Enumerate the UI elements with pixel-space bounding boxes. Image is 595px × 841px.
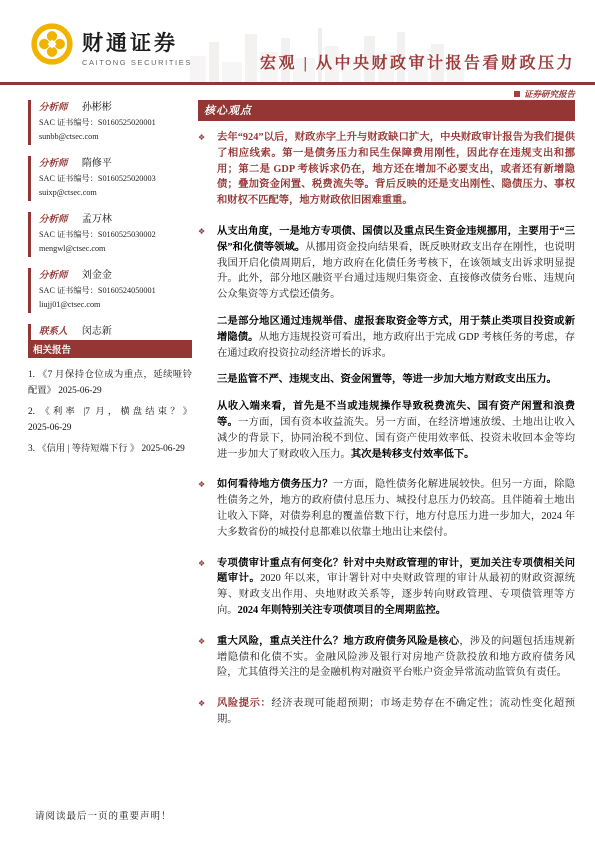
bullet-paragraph: 风险提示：经济表现可能超预期；市场走势存在不确定性；流动性变化超预期。	[217, 696, 575, 728]
related-report-item[interactable]: 1. 《7 月保持仓位成为重点，延续哑铃配置》 2025-06-29	[28, 367, 192, 399]
analyst-block: 分析师 刘金金 SAC 证书编号：S0160524050001 liujj01@…	[28, 268, 192, 313]
report-title[interactable]: 《信用 | 等待短端下行 》	[37, 444, 139, 454]
main-content: 核心观点 ❖去年“924”以后，财政赤字上升与财政缺口扩大，中央财政审计报告为我…	[198, 100, 575, 743]
text-segment: 风险提示：	[217, 698, 271, 709]
diamond-bullet-icon: ❖	[198, 634, 217, 692]
company-logo: 财通证券 CAITONG SECURITIES	[30, 22, 192, 71]
core-view-bullet: ❖从支出角度，一是地方专项债、国债以及重点民生资金违规挪用，主要用于“三保”和化…	[198, 224, 575, 473]
text-segment: 2024 年则特别关注专项债项目的全周期监控。	[238, 605, 447, 616]
bullet-text: 如何看待地方债务压力？一方面，隐性债务化解进展较快。但另一方面，除隐性债务之外，…	[217, 477, 575, 551]
footer-disclaimer: 请阅读最后一页的重要声明！	[35, 808, 172, 822]
bullet-paragraph: 去年“924”以后，财政赤字上升与财政缺口扩大，中央财政审计报告为我们提供了相应…	[217, 130, 575, 209]
report-page: 财通证券 CAITONG SECURITIES 宏观 | 从中央财政审计报告看财…	[0, 0, 595, 841]
analyst-role-label: 分析师	[39, 159, 68, 169]
analyst-email[interactable]: sunbb@ctsec.com	[39, 131, 192, 143]
report-date: 2025-06-29	[58, 386, 101, 396]
caitong-coin-icon	[30, 22, 74, 71]
text-segment: 其次是转移支付效率低下。	[351, 449, 475, 460]
analyst-cert: SAC 证书编号：S0160525020003	[39, 173, 192, 185]
core-view-bullet: ❖去年“924”以后，财政赤字上升与财政缺口扩大，中央财政审计报告为我们提供了相…	[198, 130, 575, 220]
core-view-bullet: ❖专项债审计重点有何变化？针对中央财政管理的审计，更加关注专项债相关问题审计。2…	[198, 556, 575, 630]
diamond-bullet-icon: ❖	[198, 556, 217, 630]
text-segment: 三是监管不严、违规支出、资金闲置等，等进一步加大地方财政支出压力。	[217, 374, 557, 385]
analyst-name: 隋修平	[82, 158, 112, 169]
analyst-block: 分析师 孟万林 SAC 证书编号：S0160525030002 mengwl@c…	[28, 212, 192, 257]
bullet-text: 去年“924”以后，财政赤字上升与财政缺口扩大，中央财政审计报告为我们提供了相应…	[217, 130, 575, 220]
bullet-paragraph: 二是部分地区通过违规举借、虚报套取资金等方式，用于禁止类项目投资或新增隐债。从地…	[217, 314, 575, 361]
report-tag-label: 证券研究报告	[524, 88, 575, 100]
analyst-block: 分析师 隋修平 SAC 证书编号：S0160525020003 suixp@ct…	[28, 156, 192, 201]
bullet-paragraph: 专项债审计重点有何变化？针对中央财政管理的审计，更加关注专项债相关问题审计。20…	[217, 556, 575, 619]
report-index: 1.	[28, 370, 35, 380]
analyst-cert: SAC 证书编号：S0160525030002	[39, 229, 192, 241]
bullet-paragraph: 从收入端来看，首先是不当或违规操作导致税费流失、国有资产闲置和浪费等。一方面，国…	[217, 399, 575, 462]
diamond-bullet-icon: ❖	[198, 130, 217, 220]
bullet-paragraph: 重大风险，重点关注什么？地方政府债务风险是核心，涉及的问题包括违规新增隐债和化债…	[217, 634, 575, 681]
report-index: 2.	[28, 407, 35, 417]
bullet-paragraph: 从支出角度，一是地方专项债、国债以及重点民生资金违规挪用，主要用于“三保”和化债…	[217, 224, 575, 303]
core-views-list: ❖去年“924”以后，财政赤字上升与财政缺口扩大，中央财政审计报告为我们提供了相…	[198, 130, 575, 739]
text-segment: 如何看待地方债务压力？	[217, 479, 333, 490]
diamond-bullet-icon: ❖	[198, 696, 217, 739]
bullet-text: 专项债审计重点有何变化？针对中央财政管理的审计，更加关注专项债相关问题审计。20…	[217, 556, 575, 630]
analyst-role-label: 分析师	[39, 271, 68, 281]
contact-name: 闵志新	[82, 326, 112, 337]
analyst-email[interactable]: suixp@ctsec.com	[39, 187, 192, 199]
report-title[interactable]: 《7 月保持仓位成为重点，延续哑铃配置》	[28, 370, 192, 396]
text-segment: 从地方违规投资可看出，地方政府出于完成 GDP 考核任务的考虑，存在通过政府投资…	[217, 332, 575, 359]
analyst-role-label: 分析师	[39, 215, 68, 225]
related-reports-header: 相关报告	[28, 340, 192, 358]
logo-en-text: CAITONG SECURITIES	[82, 58, 192, 67]
report-index: 3.	[28, 444, 35, 454]
text-segment: 重大风险，重点关注什么？地方政府债务风险是核心	[217, 636, 459, 647]
related-report-item[interactable]: 3. 《信用 | 等待短端下行 》 2025-06-29	[28, 441, 192, 457]
bullet-paragraph: 如何看待地方债务压力？一方面，隐性债务化解进展较快。但另一方面，除隐性债务之外，…	[217, 477, 575, 540]
sidebar: 分析师 孙彬彬 SAC 证书编号：S0160525020001 sunbb@ct…	[28, 100, 192, 366]
report-date: 2025-06-29	[141, 444, 184, 454]
related-report-item[interactable]: 2. 《利率 |7 月，横盘结束？》 2025-06-29	[28, 404, 192, 436]
analyst-email[interactable]: liujj01@ctsec.com	[39, 299, 192, 311]
bullet-paragraph: 三是监管不严、违规支出、资金闲置等，等进一步加大地方财政支出压力。	[217, 372, 575, 388]
analyst-cert: SAC 证书编号：S0160525020001	[39, 117, 192, 129]
report-title[interactable]: 《利率 |7 月，横盘结束？》	[40, 407, 192, 417]
bullet-text: 从支出角度，一是地方专项债、国债以及重点民生资金违规挪用，主要用于“三保”和化债…	[217, 224, 575, 473]
analyst-email[interactable]: mengwl@ctsec.com	[39, 243, 192, 255]
analyst-role-label: 分析师	[39, 103, 68, 113]
diamond-bullet-icon: ❖	[198, 477, 217, 551]
analyst-cert: SAC 证书编号：S0160524050001	[39, 285, 192, 297]
page-title: 宏观 | 从中央财政审计报告看财政压力	[260, 50, 575, 73]
contact-role-label: 联系人	[39, 327, 68, 337]
header-divider	[0, 82, 595, 85]
analyst-name: 孙彬彬	[82, 102, 112, 113]
core-view-bullet: ❖风险提示：经济表现可能超预期；市场走势存在不确定性；流动性变化超预期。	[198, 696, 575, 739]
analyst-name: 刘金金	[82, 270, 112, 281]
core-view-bullet: ❖重大风险，重点关注什么？地方政府债务风险是核心，涉及的问题包括违规新增隐债和化…	[198, 634, 575, 692]
analyst-name: 孟万林	[82, 214, 112, 225]
core-views-header: 核心观点	[198, 100, 575, 121]
bullet-text: 重大风险，重点关注什么？地方政府债务风险是核心，涉及的问题包括违规新增隐债和化债…	[217, 634, 575, 692]
report-type-tag: 证券研究报告	[514, 88, 575, 100]
square-bullet-icon	[514, 91, 520, 97]
text-segment: 去年“924”以后，财政赤字上升与财政缺口扩大，中央财政审计报告为我们提供了相应…	[217, 132, 575, 206]
related-reports-section: 相关报告 1. 《7 月保持仓位成为重点，延续哑铃配置》 2025-06-29 …	[28, 340, 192, 462]
diamond-bullet-icon: ❖	[198, 224, 217, 473]
core-view-bullet: ❖如何看待地方债务压力？一方面，隐性债务化解进展较快。但另一方面，除隐性债务之外…	[198, 477, 575, 551]
text-segment: 经济表现可能超预期；市场走势存在不确定性；流动性变化超预期。	[217, 698, 575, 725]
bullet-text: 风险提示：经济表现可能超预期；市场走势存在不确定性；流动性变化超预期。	[217, 696, 575, 739]
report-date: 2025-06-29	[28, 423, 71, 433]
logo-cn-text: 财通证券	[82, 27, 192, 57]
analyst-block: 分析师 孙彬彬 SAC 证书编号：S0160525020001 sunbb@ct…	[28, 100, 192, 145]
